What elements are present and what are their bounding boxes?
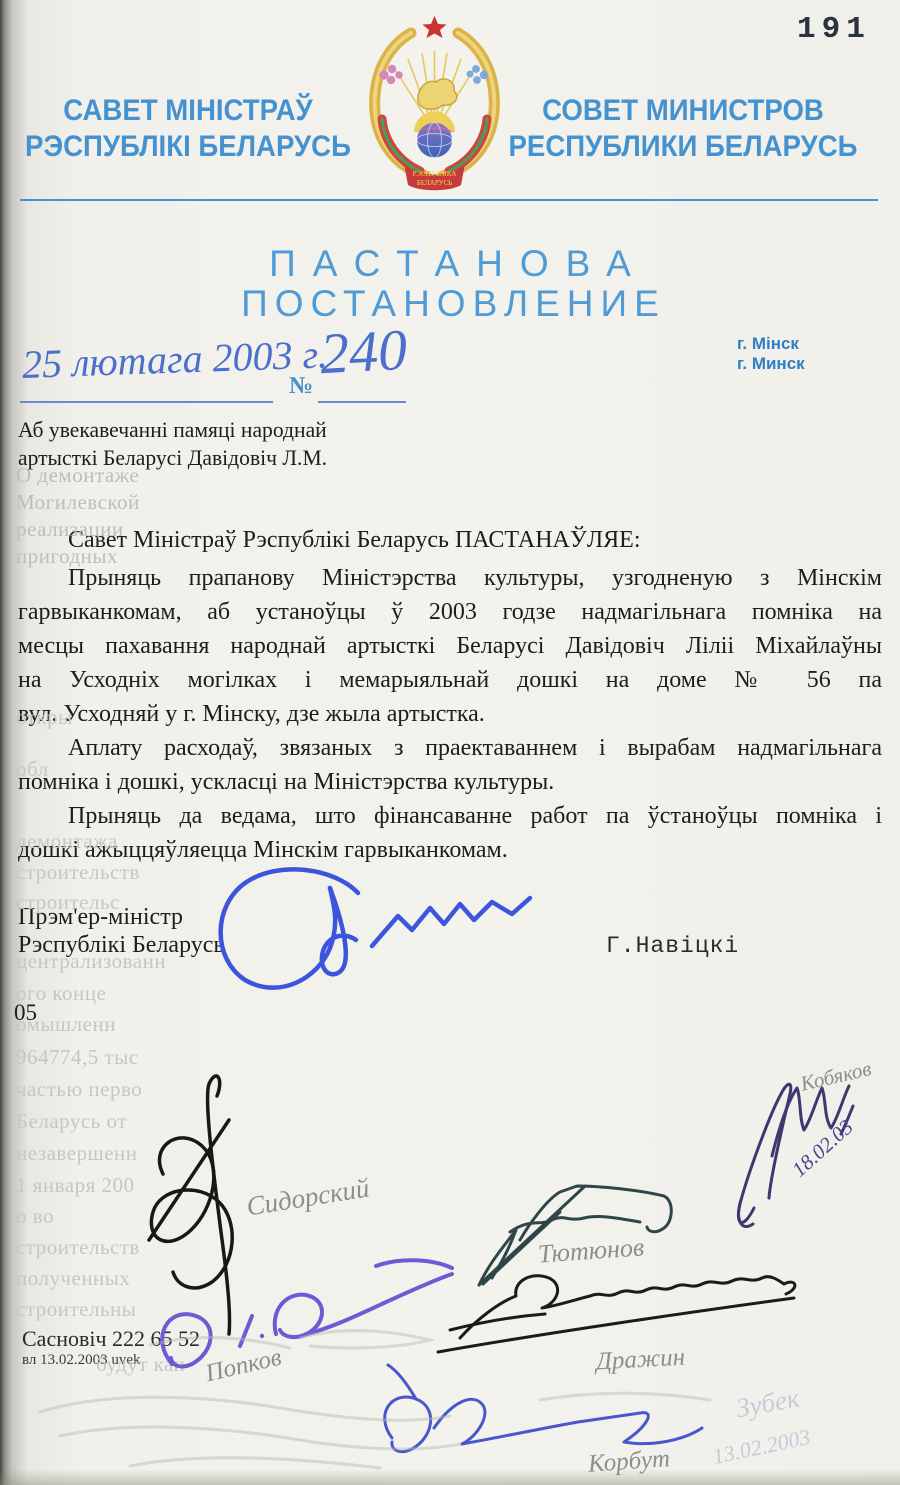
- page-number: 191: [797, 12, 871, 47]
- visa-signature-sidorsky: [149, 1076, 232, 1334]
- bleedthrough-text: обл: [16, 757, 49, 782]
- header-divider: [20, 199, 878, 201]
- body-line: Аплату расходаў, звязаных з праектаванне…: [18, 731, 882, 765]
- letterhead-belarusian: САВЕТ МІНІСТРАЎ РЭСПУБЛІКІ БЕЛАРУСЬ: [22, 93, 353, 165]
- document-title-ru: ПОСТАНОВЛЕНИЕ: [0, 283, 900, 325]
- bleedthrough-text: строительств: [16, 860, 140, 885]
- visa-label-tyutyunov: Тютюнов: [537, 1232, 645, 1269]
- bleedthrough-text: строительны: [16, 1297, 136, 1322]
- place-be: г. Мінск: [737, 334, 805, 354]
- red-star-icon: [423, 16, 447, 38]
- executor-contact: Сасновіч 222 65 52: [22, 1326, 200, 1352]
- scanned-decree-page: 191: [0, 0, 900, 1485]
- visa-date-kobyakov: 18.02.03: [787, 1115, 858, 1183]
- bleedthrough-mirror-text: Зубек: [734, 1383, 802, 1425]
- handwritten-number: 240: [318, 316, 408, 387]
- body-line: вул. Усходняй у г. Мінску, дзе жыла арты…: [18, 697, 882, 731]
- number-sign: №: [289, 373, 313, 400]
- number-underline: [318, 401, 406, 403]
- coat-of-arms-icon: РЭСПУБЛІКА БЕЛАРУСЬ: [362, 13, 507, 191]
- document-title-be: ПАСТАНОВА: [0, 243, 900, 285]
- date-underline: [20, 401, 273, 403]
- resolving-clause: Савет Міністраў Рэспублікі Беларусь ПАСТ…: [18, 527, 882, 554]
- visa-label-korbut: Корбут: [587, 1445, 671, 1479]
- body-line: месцы пахавання народнай артысткі Белару…: [18, 629, 882, 663]
- body-text: Прыняць прапанову Міністэрства культуры,…: [18, 561, 882, 867]
- bleedthrough-text: ого конце: [16, 981, 106, 1006]
- bleedthrough-text: пригодных: [16, 544, 118, 569]
- body-line: помніка і дошкі, ускласці на Міністэрств…: [18, 765, 882, 799]
- signer-name: Г.Навіцкі: [606, 933, 739, 959]
- bleedthrough-text: полученных: [16, 1266, 130, 1291]
- org-name-be-line2: РЭСПУБЛІКІ БЕЛАРУСЬ: [22, 129, 353, 165]
- bleedthrough-text: Беларусь от: [16, 1109, 127, 1134]
- visa-signature-drazhin: [438, 1276, 795, 1352]
- bleedthrough-text: демонтажа: [16, 829, 118, 854]
- body-line: Прыняць прапанову Міністэрства культуры,…: [18, 561, 882, 595]
- body-line: на Усходніх могілках і мемарыяльнай дошк…: [18, 663, 882, 697]
- org-name-ru-line1: СОВЕТ МИНИСТРОВ: [504, 93, 863, 129]
- letterhead-russian: СОВЕТ МИНИСТРОВ РЕСПУБЛИКИ БЕЛАРУСЬ: [504, 93, 863, 165]
- bleedthrough-text: откры: [16, 705, 73, 730]
- place-block: г. Мінск г. Минск: [737, 334, 805, 374]
- bleedthrough-text: о во: [16, 1204, 54, 1229]
- visa-signature-korbut: [385, 1365, 702, 1452]
- body-line: дошкі ажыццяўляецца Мінскім гарвыканкома…: [18, 833, 882, 867]
- body-line: гарвыканкомам, аб устаноўцы ў 2003 годзе…: [18, 595, 882, 629]
- bleedthrough-text: строительс: [16, 890, 120, 915]
- visa-label-sidorsky: Сидорский: [244, 1173, 371, 1223]
- banner-text-line2: БЕЛАРУСЬ: [417, 179, 452, 187]
- banner-text-line1: РЭСПУБЛІКА: [413, 170, 457, 178]
- bleedthrough-text: централизованн: [16, 949, 166, 974]
- visa-label-kobyakov: Кобяков: [798, 1056, 874, 1097]
- handwritten-date: 25 лютага 2003 г.: [21, 330, 328, 388]
- bleedthrough-text: незавершенн: [16, 1141, 138, 1166]
- visa-label-drazhin: Дражин: [595, 1344, 685, 1377]
- bleedthrough-text: будут кап: [96, 1352, 185, 1377]
- bleedthrough-mirror-text: 13.02.2003: [710, 1424, 812, 1470]
- bleedthrough-text: 1 января 200: [16, 1173, 135, 1198]
- visa-label-popkov: Попков: [203, 1344, 284, 1389]
- bleedthrough-text: Могилевской: [16, 490, 140, 515]
- visa-signature-popkov: [162, 1260, 452, 1366]
- bleedthrough-text: реализации: [16, 517, 124, 542]
- bleedthrough-text: О демонтаже: [16, 463, 139, 488]
- org-name-ru-line2: РЕСПУБЛИКИ БЕЛАРУСЬ: [504, 129, 863, 165]
- bleedthrough-text: омышленн: [16, 1012, 116, 1037]
- body-line: Прыняць да ведама, што фінансаванне рабо…: [18, 799, 882, 833]
- subject-line1: Аб увекавечанні памяці народнай: [18, 416, 327, 444]
- bleedthrough-text: 964774,5 тыс: [16, 1045, 139, 1070]
- premier-signature: [221, 869, 530, 987]
- belarus-contour: [418, 79, 457, 109]
- place-ru: г. Минск: [737, 354, 805, 374]
- bleedthrough-text: частью перво: [16, 1077, 142, 1102]
- org-name-be-line1: САВЕТ МІНІСТРАЎ: [22, 93, 353, 129]
- bleedthrough-text: строительств: [16, 1235, 140, 1260]
